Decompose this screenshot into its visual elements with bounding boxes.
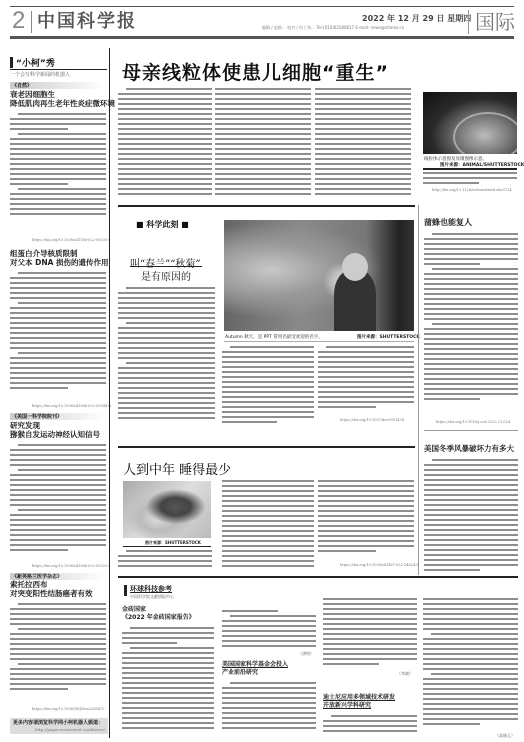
end-mark: （高瑞玉） <box>495 733 515 739</box>
bottom-body-col1 <box>122 627 214 735</box>
bottom-headline[interactable]: 开放新兴学科研究 <box>323 702 371 710</box>
column-divider <box>109 48 110 738</box>
section-divider <box>468 10 469 34</box>
middle-url[interactable]: https://doi.org/10.1038/s41467-022-34624… <box>340 563 419 567</box>
article-headline[interactable]: 降低肌肉再生老年性炎症微环境 <box>10 99 115 109</box>
sidebar-note <box>423 172 517 186</box>
feature-kicker: ■ 科学此刻 ■ <box>136 219 189 230</box>
article-body <box>10 444 106 564</box>
divider <box>118 205 415 207</box>
editors-line: 编辑 / 赵路… 校对 / 何工秀… Tel:(010)62580617 E-m… <box>262 25 404 31</box>
column-marker <box>124 585 127 596</box>
article-tag: 《新英格兰医学杂志》 <box>10 573 106 580</box>
bottom-body-col2 <box>222 610 316 652</box>
end-mark: （李晓） <box>397 671 413 677</box>
middle-body-col1 <box>118 550 212 572</box>
feature-body-col3 <box>318 346 414 416</box>
right-body-2 <box>424 459 518 574</box>
section-name: 国际 <box>475 10 515 34</box>
child-autumn-photo <box>224 220 414 331</box>
article-headline[interactable]: 猕猴自发运动神经认知信号 <box>10 430 100 440</box>
article-url[interactable]: https://doi.org/10.1038/s41586-022-05523… <box>32 564 110 568</box>
feature-body-col1 <box>118 287 215 425</box>
divider <box>118 576 518 578</box>
lead-headline[interactable]: 母亲线粒体使患儿细胞“重生” <box>122 58 389 85</box>
bottom-headline[interactable]: 迪士尼应用多领域技术研发 <box>323 694 395 702</box>
child-face <box>342 253 368 281</box>
right-headline-2[interactable]: 美国冬季风暴破坏力有多大 <box>424 444 514 454</box>
paper-name: 中国科学报 <box>37 11 137 33</box>
bottom-headline[interactable]: 金砖国家 <box>122 606 146 614</box>
article-tag: 《自然》 <box>10 82 106 89</box>
bottom-headline[interactable]: 产业前沿研究 <box>222 669 258 677</box>
family-sleep-photo <box>123 481 211 538</box>
lead-body-col3 <box>315 88 411 198</box>
page-number-divider <box>31 11 32 33</box>
right-body-1 <box>424 233 518 411</box>
photo-caption: Autumn 秋天，是 PPT 常用名最受欢迎的名字。 <box>225 334 323 340</box>
divider <box>224 341 414 342</box>
lead-body-col1 <box>118 88 212 198</box>
bottom-column-subtitle: 中国科学院文献情报中心 <box>130 594 174 600</box>
end-mark: （唐明） <box>298 651 314 657</box>
article-body <box>10 603 106 701</box>
divider <box>10 69 107 70</box>
issue-date: 2022 年 12 月 29 日 星期四 <box>362 13 471 24</box>
divider <box>123 546 211 547</box>
bottom-body-col3 <box>323 598 417 670</box>
column-title: “小柯”秀 <box>16 56 55 69</box>
bottom-body-col4 <box>423 598 518 732</box>
article-headline[interactable]: 对父本 DNA 损伤的遗传作用 <box>10 258 109 268</box>
divider <box>423 168 517 170</box>
feature-headline-2[interactable]: 是有原因的 <box>141 268 191 283</box>
bottom-headline[interactable]: 《2022 年金砖国家报告》 <box>122 614 195 622</box>
middle-headline[interactable]: 人到中年 睡得最少 <box>123 459 231 478</box>
article-url[interactable]: https://doi.org/10.1038/s41586-022-05535… <box>32 238 110 242</box>
article-headline[interactable]: 对突变阳性结肠癌者有效 <box>10 589 93 599</box>
photo-credit: 图片来源：SHUTTERSTOCK <box>357 334 420 340</box>
bottom-column-title: 环球科技参考 <box>130 584 172 594</box>
middle-body-col2 <box>222 480 314 572</box>
page-number: 2 <box>12 9 25 33</box>
mitochondria-photo <box>423 92 517 154</box>
article-tag: 《美国一科学院院刊》 <box>10 413 106 420</box>
masthead-top-rule <box>10 6 514 7</box>
divider <box>424 430 518 431</box>
footer-url[interactable]: http://paper.sciencenet.cn/Alnews/ <box>35 727 105 732</box>
article-body <box>10 272 106 397</box>
lead-url[interactable]: http://doi.org/10.1126/scitranslmed.abo3… <box>432 188 512 192</box>
footer-text: 更多内容请浏览科学网小柯机器人频道： <box>13 719 103 726</box>
bottom-headline[interactable]: 美国国家科学基金会投入 <box>222 661 288 669</box>
middle-body-col3 <box>318 480 414 560</box>
column-subtitle: 一个会写科学新闻的机器人 <box>10 71 70 78</box>
article-body <box>10 113 106 223</box>
masthead-bottom-rule <box>10 36 514 39</box>
lead-body-col2 <box>215 88 311 198</box>
divider <box>130 266 202 267</box>
right-headline-1[interactable]: 蒲蜂也能复人 <box>424 218 472 228</box>
article-url[interactable]: https://doi.org/10.1038/s41586-022-05544… <box>32 404 111 408</box>
article-url[interactable]: https://doi.org/10.1056/NEJMoa2208470 <box>32 707 104 711</box>
feature-body-col2 <box>222 346 314 426</box>
column-marker <box>10 57 13 68</box>
column-divider <box>418 205 419 575</box>
feature-url[interactable]: https://doi.org/10.1037/dev0001434 <box>340 418 404 422</box>
divider <box>118 446 415 448</box>
bottom-body-col3b <box>323 715 417 737</box>
right-url-1[interactable]: https://doi.org/10.1016/j.cub.2022.11.02… <box>436 420 510 424</box>
bottom-body-col2b <box>222 682 316 735</box>
